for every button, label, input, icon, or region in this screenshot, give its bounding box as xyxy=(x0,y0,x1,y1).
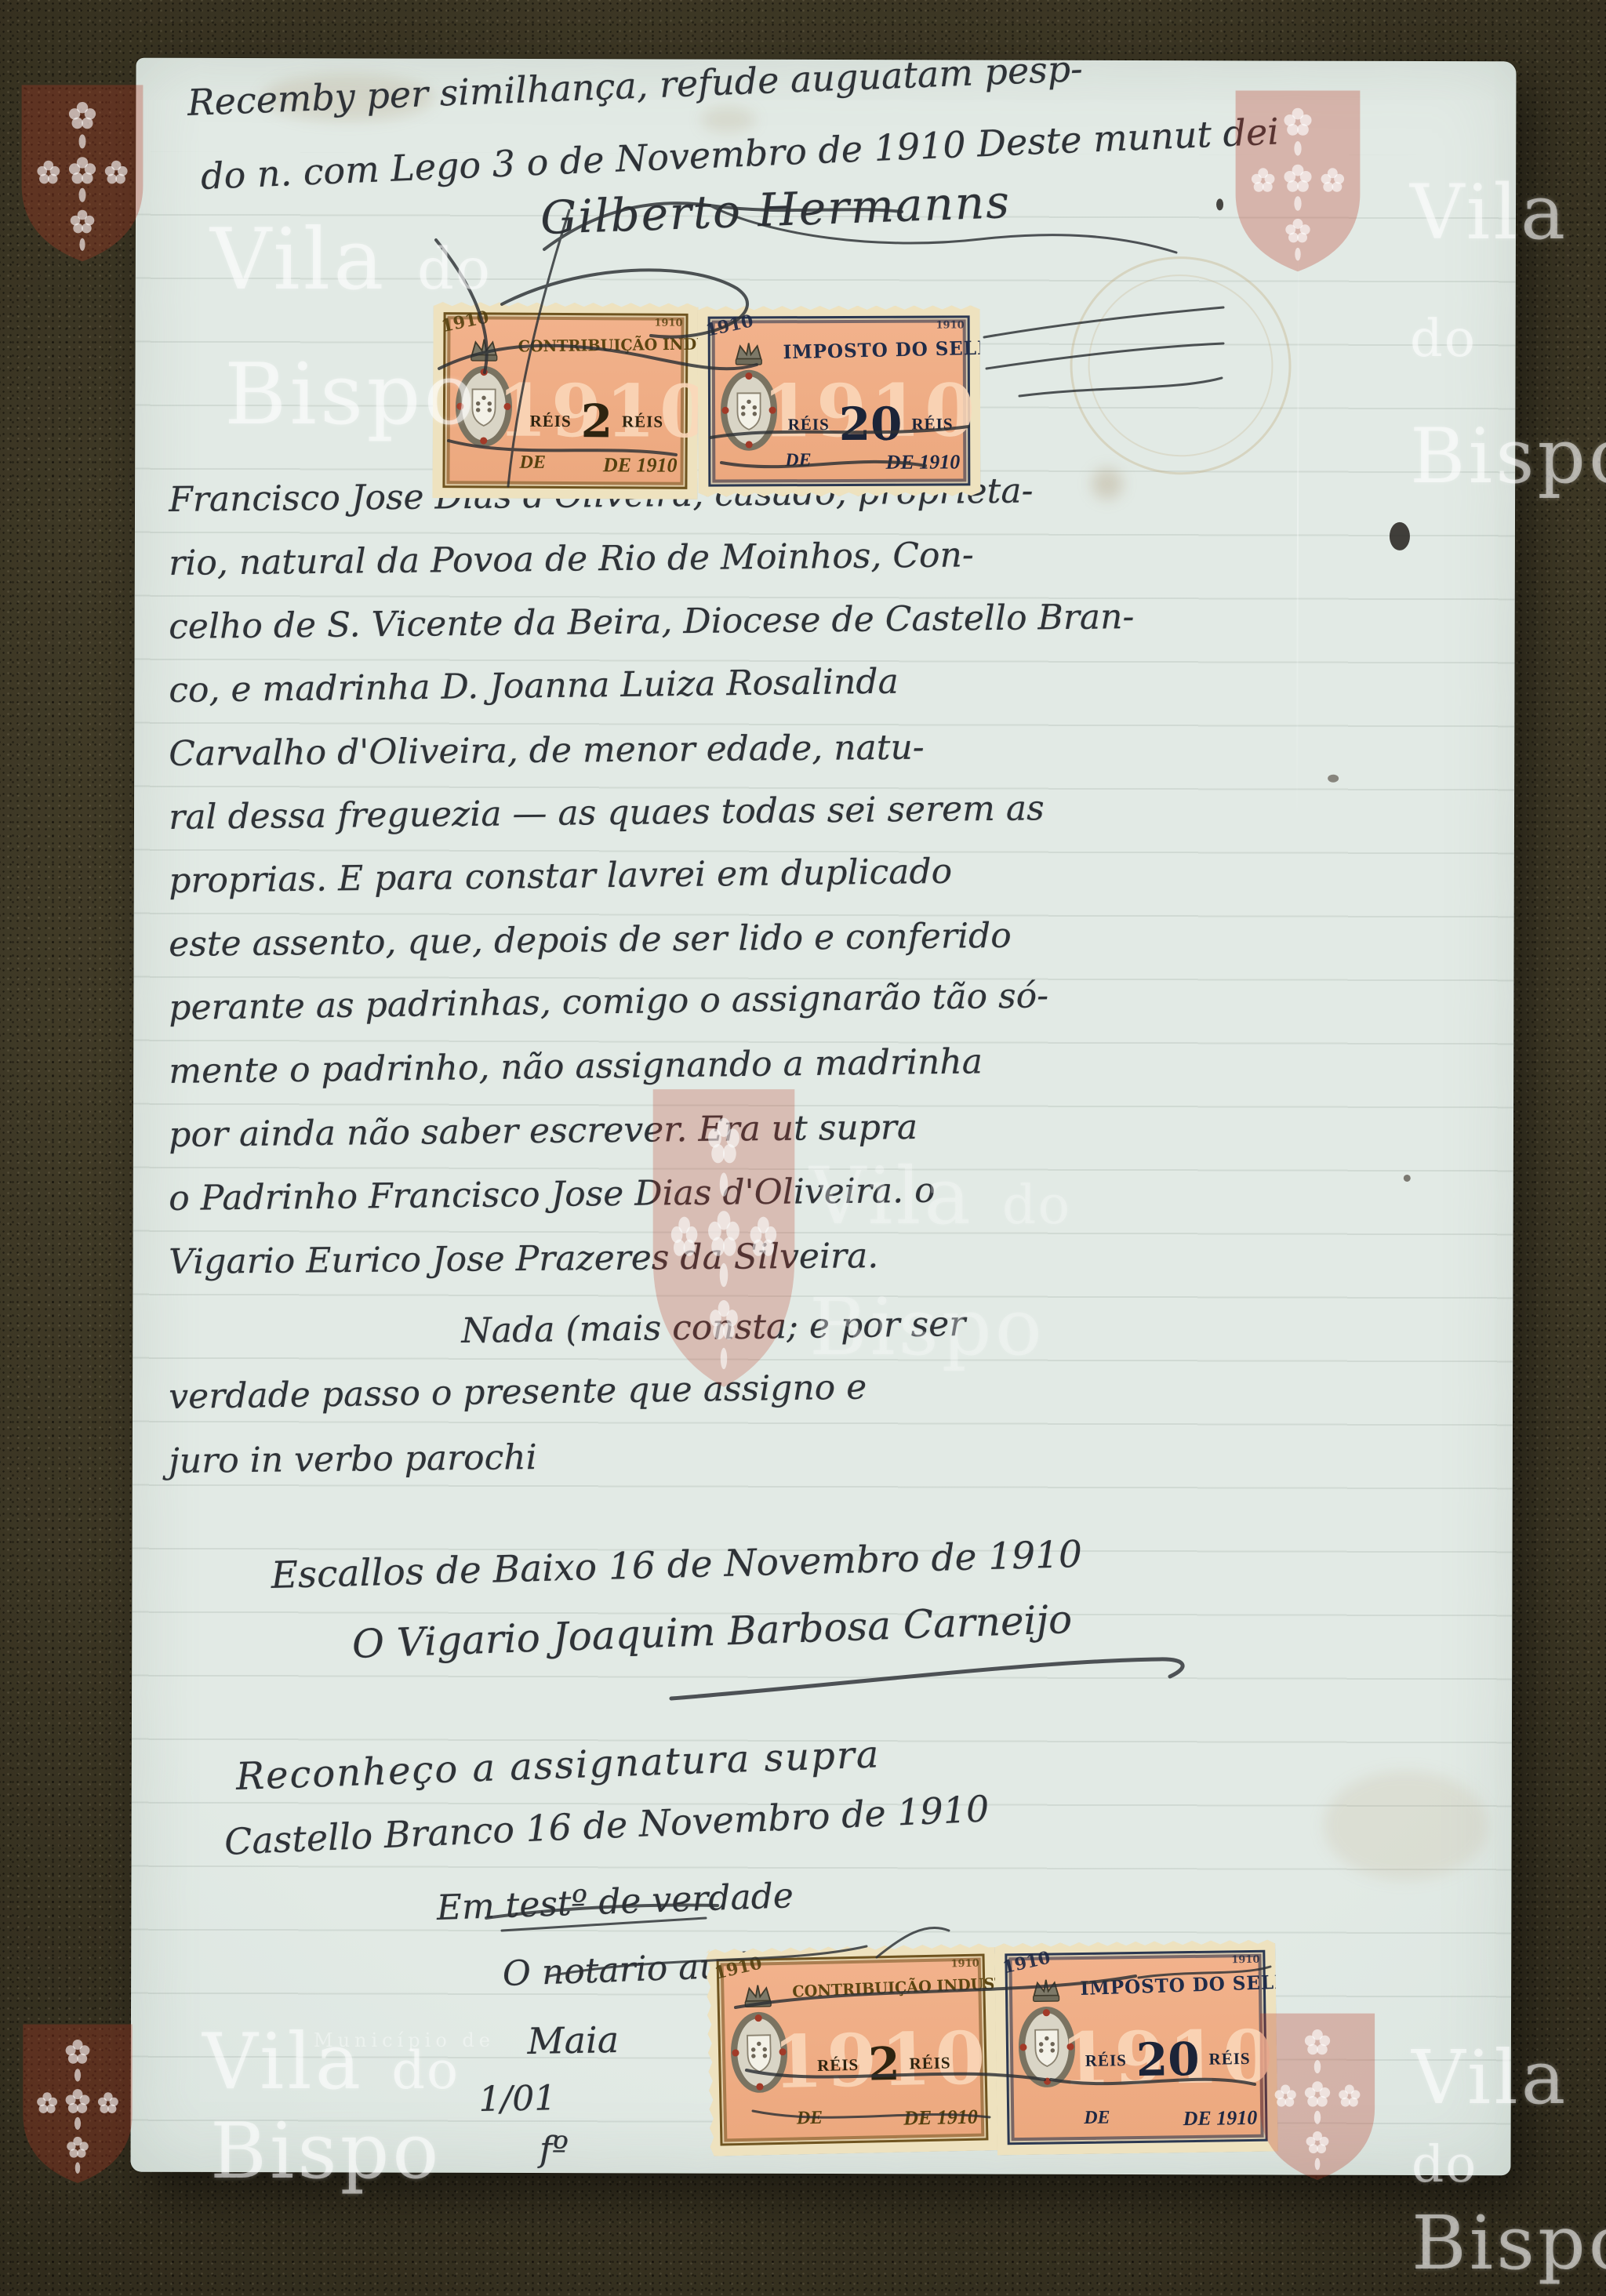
handwriting-line: Nada (mais consta; e por ser xyxy=(461,1304,966,1351)
reis-label: RÉIS xyxy=(909,2053,951,2073)
handwriting-line: o Padrinho Francisco Jose Dias d'Oliveir… xyxy=(169,1171,936,1219)
stamp-de-1910-label: DE 1910 xyxy=(603,453,678,477)
stamp-de-label: DE xyxy=(1084,2107,1110,2128)
stamp-frame: 1910 1910 1910 CONTRIBUIÇÃO INDUSTRIAL R… xyxy=(442,312,688,489)
stamp-de-label: DE xyxy=(797,2108,823,2130)
stamp-year: 1910 xyxy=(704,311,755,340)
reis-label: RÉIS xyxy=(817,2054,859,2075)
reis-label: RÉIS xyxy=(530,411,572,430)
value-number: 20 xyxy=(839,401,903,447)
stamp-frame: 1910 1910 1910 IMPOSTO DO SELLO RÉIS 20 … xyxy=(708,315,971,486)
paper-stain xyxy=(1092,468,1123,500)
stamp-year: 1910 xyxy=(1231,1954,1259,1967)
stamp-de-1910-label: DE 1910 xyxy=(903,2105,978,2131)
revenue-stamp-imposto-do-sello: 1910 1910 1910 IMPOSTO DO SELLO RÉIS 20 … xyxy=(994,1940,1278,2156)
embossed-seal xyxy=(1056,242,1306,489)
stamp-frame: 1910 1910 1910 IMPOSTO DO SELLO RÉIS 20 … xyxy=(1005,1950,1267,2145)
stamp-de-label: DE xyxy=(785,450,811,471)
watermark-small-text: Município de xyxy=(314,2029,495,2051)
stamp-title: IMPOSTO DO SELLO xyxy=(1080,1971,1256,2000)
stamp-title: IMPOSTO DO SELLO xyxy=(783,336,961,363)
reis-label: RÉIS xyxy=(1208,2048,1250,2069)
stamp-year: 1910 xyxy=(936,319,964,331)
paper-hole xyxy=(1216,198,1223,210)
vila-do-bispo-shield-icon xyxy=(14,2009,141,2197)
paper-stain xyxy=(1323,1771,1488,1881)
stamp-year: 1910 xyxy=(950,1958,979,1971)
handwriting-line: juro in verbo parochi xyxy=(169,1437,537,1481)
revenue-stamp-contribuicao-industrial: 1910 1910 1910 CONTRIBUIÇÃO INDUSTRIAL R… xyxy=(432,302,698,500)
scanned-document-photo: Recemby per similhança, refude auguatam … xyxy=(0,0,1606,2296)
stamp-de-label: DE xyxy=(520,452,546,474)
stamp-title: CONTRIBUIÇÃO INDUSTRIAL xyxy=(518,335,680,356)
revenue-stamp-imposto-do-sello: 1910 1910 1910 IMPOSTO DO SELLO RÉIS 20 … xyxy=(698,305,981,496)
stamp-title: CONTRIBUIÇÃO INDUSTRIAL xyxy=(792,1975,976,2001)
handwriting-line: Maia xyxy=(527,2018,620,2062)
stamp-value: RÉIS 20 RÉIS xyxy=(1076,2036,1260,2083)
handwriting-line: Carvalho d'Oliveira, de menor edade, nat… xyxy=(169,728,925,774)
paper-stain xyxy=(700,107,755,133)
reis-label: RÉIS xyxy=(788,415,830,434)
revenue-stamp-contribuicao-industrial: 1910 1910 1910 CONTRIBUIÇÃO INDUSTRIAL R… xyxy=(706,1943,998,2156)
handwriting-line: por ainda não saber escrever. Era ut sup… xyxy=(169,1107,917,1155)
reis-label: RÉIS xyxy=(1085,2051,1127,2071)
paper-hole xyxy=(1328,775,1339,783)
stamp-value: RÉIS 2 RÉIS xyxy=(513,398,681,445)
stamp-de-1910-label: DE 1910 xyxy=(886,450,961,474)
paper-hole xyxy=(1404,1175,1411,1182)
value-number: 2 xyxy=(581,398,613,444)
ink-blot xyxy=(1390,522,1410,550)
value-number: 2 xyxy=(868,2041,901,2087)
stamp-value: RÉIS 20 RÉIS xyxy=(778,401,963,447)
reis-label: RÉIS xyxy=(911,414,953,434)
value-number: 20 xyxy=(1135,2036,1200,2083)
stamp-year: 1910 xyxy=(440,307,491,336)
handwriting-line: Vigario Eurico Jose Prazeres da Silveira… xyxy=(169,1236,879,1282)
stamp-year: 1910 xyxy=(1001,1947,1052,1978)
paper-crease xyxy=(1296,202,1299,830)
vila-do-bispo-shield-icon xyxy=(12,74,153,271)
reis-label: RÉIS xyxy=(622,412,663,431)
handwriting-line: rio, natural da Povoa de Rio de Moinhos,… xyxy=(169,535,974,583)
stamp-frame: 1910 1910 1910 CONTRIBUIÇÃO INDUSTRIAL R… xyxy=(717,1953,989,2145)
stamp-value: RÉIS 2 RÉIS xyxy=(788,2040,980,2089)
stamp-year: 1910 xyxy=(654,318,682,329)
handwriting-line: 1/01 xyxy=(478,2078,557,2120)
stamp-de-1910-label: DE 1910 xyxy=(1183,2106,1257,2131)
handwriting-line: fº xyxy=(540,2130,569,2170)
